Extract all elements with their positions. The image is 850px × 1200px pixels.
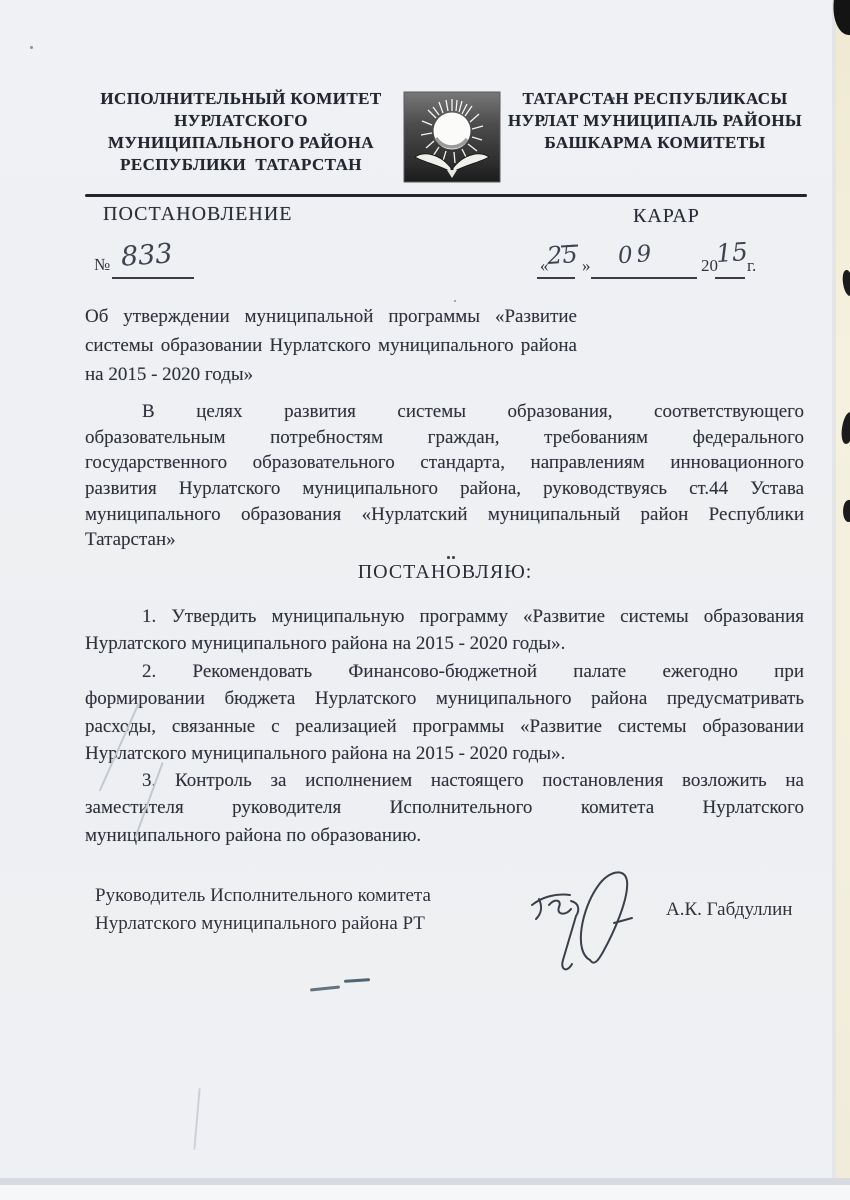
number-underline (112, 277, 194, 279)
signatory-name: А.К. Габдуллин (666, 899, 792, 921)
preamble-line: В целях развития системы образования, со… (85, 399, 804, 425)
item-line: Нурлатского муниципального района на 201… (85, 740, 804, 767)
scan-speck (454, 300, 456, 302)
signatory-title-line: Нурлатского муниципального района РТ (95, 910, 515, 938)
scanned-document-page: ИСПОЛНИТЕЛЬНЫЙ КОМИТЕТ НУРЛАТСКОГО МУНИЦ… (0, 0, 850, 1200)
handwritten-number: 833 (120, 238, 174, 273)
preamble-line: образовательным потребностям граждан, тр… (85, 425, 804, 451)
day-underline (537, 277, 575, 279)
scan-bottom-edge (0, 1178, 850, 1185)
subject-paragraph: Об утверждении муниципальной программы «… (85, 302, 577, 389)
subject-line: Об утверждении муниципальной программы «… (85, 302, 577, 331)
resolution-heading: ПОСТАНОВЛЯЮ: (85, 561, 805, 584)
handwritten-month: 09 (617, 241, 656, 270)
resolution-item-3: 3. Контроль за исполнением настоящего по… (85, 767, 804, 849)
issuer-line: БАШКАРМА КОМИТЕТЫ (498, 132, 812, 154)
handwritten-year: 15 (715, 237, 749, 268)
scan-speck (30, 46, 33, 49)
pen-mark (310, 985, 340, 991)
preamble-line: развития Нурлатского муниципального райо… (85, 476, 804, 502)
signatory-title: Руководитель Исполнительного комитета Ну… (95, 882, 515, 938)
doc-type-tatar: КАРАР (633, 205, 700, 228)
item-line: Нурлатского муниципального района на 201… (85, 630, 804, 657)
signatory-title-line: Руководитель Исполнительного комитета (95, 882, 515, 910)
issuer-name-russian: ИСПОЛНИТЕЛЬНЫЙ КОМИТЕТ НУРЛАТСКОГО МУНИЦ… (85, 88, 397, 176)
issuer-line: ИСПОЛНИТЕЛЬНЫЙ КОМИТЕТ (85, 88, 397, 110)
coat-of-arms-icon (403, 91, 501, 183)
subject-line: системы образовании Нурлатского муниципа… (85, 331, 577, 360)
resolution-item-2: 2. Рекомендовать Финансово-бюджетной пал… (85, 658, 804, 768)
issuer-line: НУРЛАТСКОГО (85, 110, 397, 132)
subject-line: на 2015 - 2020 годы» (85, 360, 577, 389)
year-underline (715, 277, 745, 279)
preamble-line: государственного образовательного станда… (85, 450, 804, 476)
date-close-quote: » (582, 256, 591, 276)
scan-speck-dots (447, 556, 455, 559)
preamble-line: Татарстан» (85, 527, 804, 553)
handwritten-signature (524, 856, 646, 971)
resolution-item-1: 1. Утвердить муниципальную программу «Ра… (85, 603, 804, 658)
pen-mark (344, 978, 370, 982)
pencil-scratch (193, 1088, 200, 1150)
issuer-line: НУРЛАТ МУНИЦИПАЛЬ РАЙОНЫ (498, 110, 812, 132)
item-line: 1. Утвердить муниципальную программу «Ра… (85, 603, 804, 630)
number-label: № (94, 255, 110, 275)
issuer-line: МУНИЦИПАЛЬНОГО РАЙОНА (85, 132, 397, 154)
item-line: муниципального района по образованию. (85, 822, 804, 849)
issuer-line: РЕСПУБЛИКИ ТАТАРСТАН (85, 154, 397, 176)
item-line: расходы, связанные с реализацией програм… (85, 713, 804, 740)
item-line: 3. Контроль за исполнением настоящего по… (85, 767, 804, 794)
preamble-paragraph: В целях развития системы образования, со… (85, 399, 804, 553)
item-line: формировании бюджета Нурлатского муницип… (85, 685, 804, 712)
issuer-name-tatar: ТАТАРСТАН РЕСПУБЛИКАСЫ НУРЛАТ МУНИЦИПАЛЬ… (498, 88, 812, 154)
month-underline (591, 277, 697, 279)
item-line: 2. Рекомендовать Финансово-бюджетной пал… (85, 658, 804, 685)
scan-bottom-margin (0, 1185, 850, 1200)
year-suffix: г. (747, 256, 756, 276)
doc-type-russian: ПОСТАНОВЛЕНИЕ (103, 203, 292, 226)
issuer-line: ТАТАРСТАН РЕСПУБЛИКАСЫ (498, 88, 812, 110)
paper-edge-line (832, 0, 836, 1182)
scan-speck (612, 97, 615, 100)
item-line: заместителя руководителя Исполнительного… (85, 794, 804, 821)
header-divider-line (85, 194, 807, 197)
preamble-line: муниципального образования «Нурлатский м… (85, 502, 804, 528)
